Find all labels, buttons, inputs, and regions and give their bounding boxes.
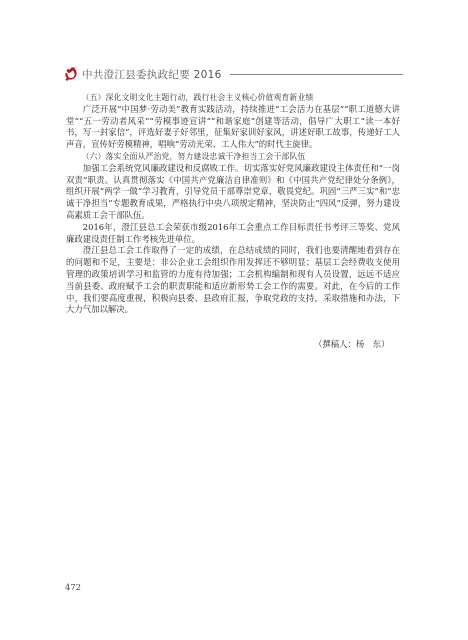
running-header: 中共澄江县委执政纪要 2016 <box>63 66 403 82</box>
header-rule <box>230 74 403 75</box>
body-paragraph: 澄江县总工会工作取得了一定的成绩，在总结成绩的同时，我们也要清醒地看到存在的问题… <box>66 245 400 316</box>
header-title: 中共澄江县委执政纪要 2016 <box>82 67 222 82</box>
body-paragraph: 2016年，澄江县总工会荣获市级2016年工会重点工作目标责任书考评三等奖、党风… <box>66 222 400 246</box>
party-emblem-icon <box>63 66 79 82</box>
body-paragraph: 广泛开展“中国梦·劳动美”教育实践活动，持续推进“工会活力在基层”“职工道德大讲… <box>66 104 400 151</box>
document-body: （五）深化文明文化主题行动，践行社会主义核心价值观育新业绩 广泛开展“中国梦·劳… <box>66 92 400 316</box>
author-credit: （撰稿人：杨 东） <box>314 338 389 350</box>
body-paragraph: 加强工会系统党风廉政建设和反腐败工作。切实落实好党风廉政建设主体责任和“一岗双责… <box>66 163 400 222</box>
section-subheading: （六）落实全面从严治党，努力建设忠诚干净担当工会干部队伍 <box>66 151 400 163</box>
section-subheading: （五）深化文明文化主题行动，践行社会主义核心价值观育新业绩 <box>66 92 400 104</box>
page-number: 472 <box>65 582 81 592</box>
